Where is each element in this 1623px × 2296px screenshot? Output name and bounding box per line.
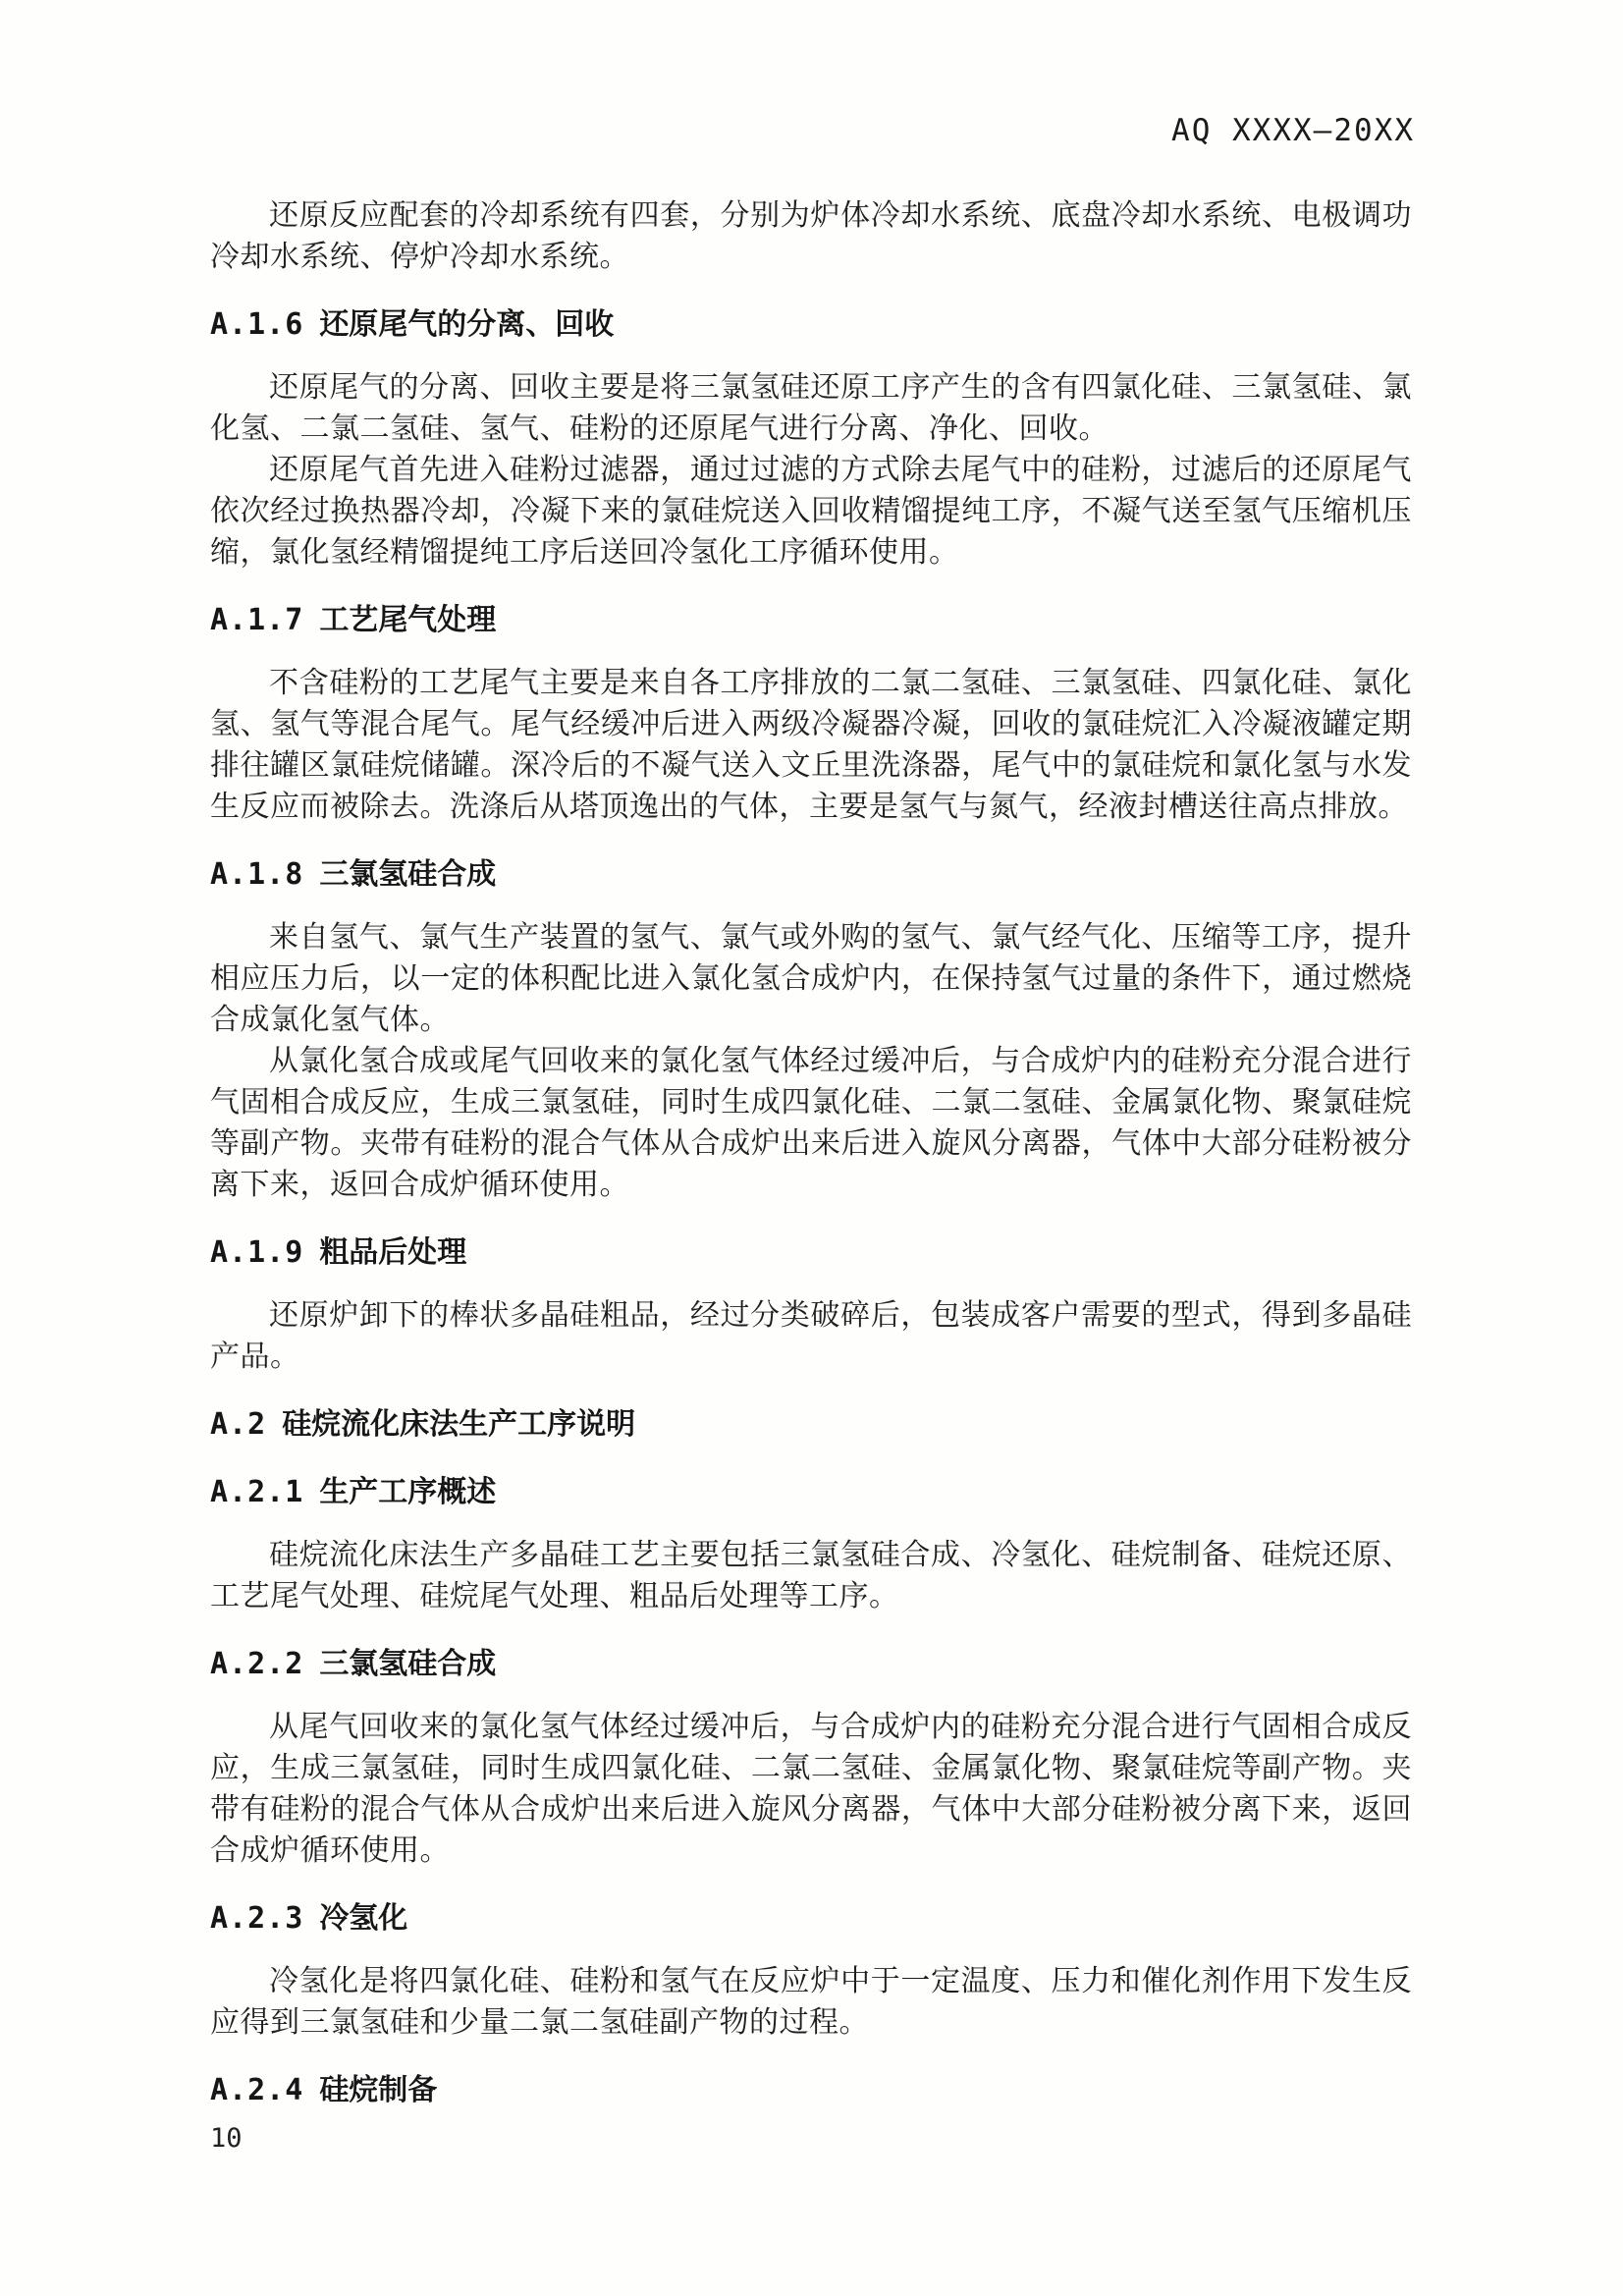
document-body: 还原反应配套的冷却系统有四套，分别为炉体冷却水系统、底盘冷却水系统、电极调功冷却… <box>210 195 1412 2133</box>
section-number: A.1.6 <box>210 307 303 342</box>
paragraph: 从氯化氢合成或尾气回收来的氯化氢气体经过缓冲后，与合成炉内的硅粉充分混合进行气固… <box>210 1041 1412 1206</box>
section-heading-a-1-7: A.1.7工艺尾气处理 <box>210 600 1412 641</box>
paragraph: 不含硅粉的工艺尾气主要是来自各工序排放的二氯二氢硅、三氯氢硅、四氯化硅、氯化氢、… <box>210 663 1412 828</box>
paragraph: 冷氢化是将四氯化硅、硅粉和氢气在反应炉中于一定温度、压力和催化剂作用下发生反应得… <box>210 1961 1412 2044</box>
section-title: 冷氢化 <box>319 1902 407 1935</box>
section-heading-a-1-6: A.1.6还原尾气的分离、回收 <box>210 304 1412 346</box>
section-heading-a-2-1: A.2.1生产工序概述 <box>210 1472 1412 1513</box>
section-title: 工艺尾气处理 <box>319 604 496 636</box>
section-heading-a-2: A.2硅烷流化床法生产工序说明 <box>210 1404 1412 1446</box>
paragraph: 来自氢气、氯气生产装置的氢气、氯气或外购的氢气、氯气经气化、压缩等工序，提升相应… <box>210 917 1412 1041</box>
paragraph: 还原反应配套的冷却系统有四套，分别为炉体冷却水系统、底盘冷却水系统、电极调功冷却… <box>210 195 1412 278</box>
section-heading-a-2-4: A.2.4硅烷制备 <box>210 2070 1412 2111</box>
paragraph: 还原尾气首先进入硅粉过滤器，通过过滤的方式除去尾气中的硅粉，过滤后的还原尾气依次… <box>210 450 1412 574</box>
section-heading-a-2-2: A.2.2三氯氢硅合成 <box>210 1644 1412 1685</box>
page-number: 10 <box>210 2123 243 2154</box>
section-title: 生产工序概述 <box>319 1476 496 1508</box>
section-number: A.2.1 <box>210 1475 303 1509</box>
section-heading-a-2-3: A.2.3冷氢化 <box>210 1898 1412 1940</box>
section-number: A.1.7 <box>210 603 303 637</box>
section-number: A.2.2 <box>210 1647 303 1681</box>
section-title: 粗品后处理 <box>319 1236 466 1269</box>
section-heading-a-1-9: A.1.9粗品后处理 <box>210 1232 1412 1274</box>
section-title: 还原尾气的分离、回收 <box>319 308 614 341</box>
section-heading-a-1-8: A.1.8三氯氢硅合成 <box>210 854 1412 896</box>
paragraph: 还原炉卸下的棒状多晶硅粗品，经过分类破碎后，包装成客户需要的型式，得到多晶硅产品… <box>210 1295 1412 1378</box>
paragraph: 从尾气回收来的氯化氢气体经过缓冲后，与合成炉内的硅粉充分混合进行气固相合成反应，… <box>210 1707 1412 1872</box>
section-number: A.2 <box>210 1407 266 1442</box>
section-title: 硅烷制备 <box>319 2074 437 2106</box>
standard-code-header: AQ XXXX—20XX <box>1171 113 1415 148</box>
section-title: 硅烷流化床法生产工序说明 <box>282 1408 635 1441</box>
section-number: A.1.8 <box>210 857 303 892</box>
section-number: A.2.4 <box>210 2073 303 2107</box>
section-number: A.1.9 <box>210 1235 303 1270</box>
section-number: A.2.3 <box>210 1901 303 1936</box>
section-title: 三氯氢硅合成 <box>319 858 496 891</box>
paragraph: 硅烷流化床法生产多晶硅工艺主要包括三氯氢硅合成、冷氢化、硅烷制备、硅烷还原、工艺… <box>210 1535 1412 1617</box>
section-title: 三氯氢硅合成 <box>319 1648 496 1680</box>
paragraph: 还原尾气的分离、回收主要是将三氯氢硅还原工序产生的含有四氯化硅、三氯氢硅、氯化氢… <box>210 367 1412 450</box>
document-page: AQ XXXX—20XX 还原反应配套的冷却系统有四套，分别为炉体冷却水系统、底… <box>0 0 1623 2296</box>
